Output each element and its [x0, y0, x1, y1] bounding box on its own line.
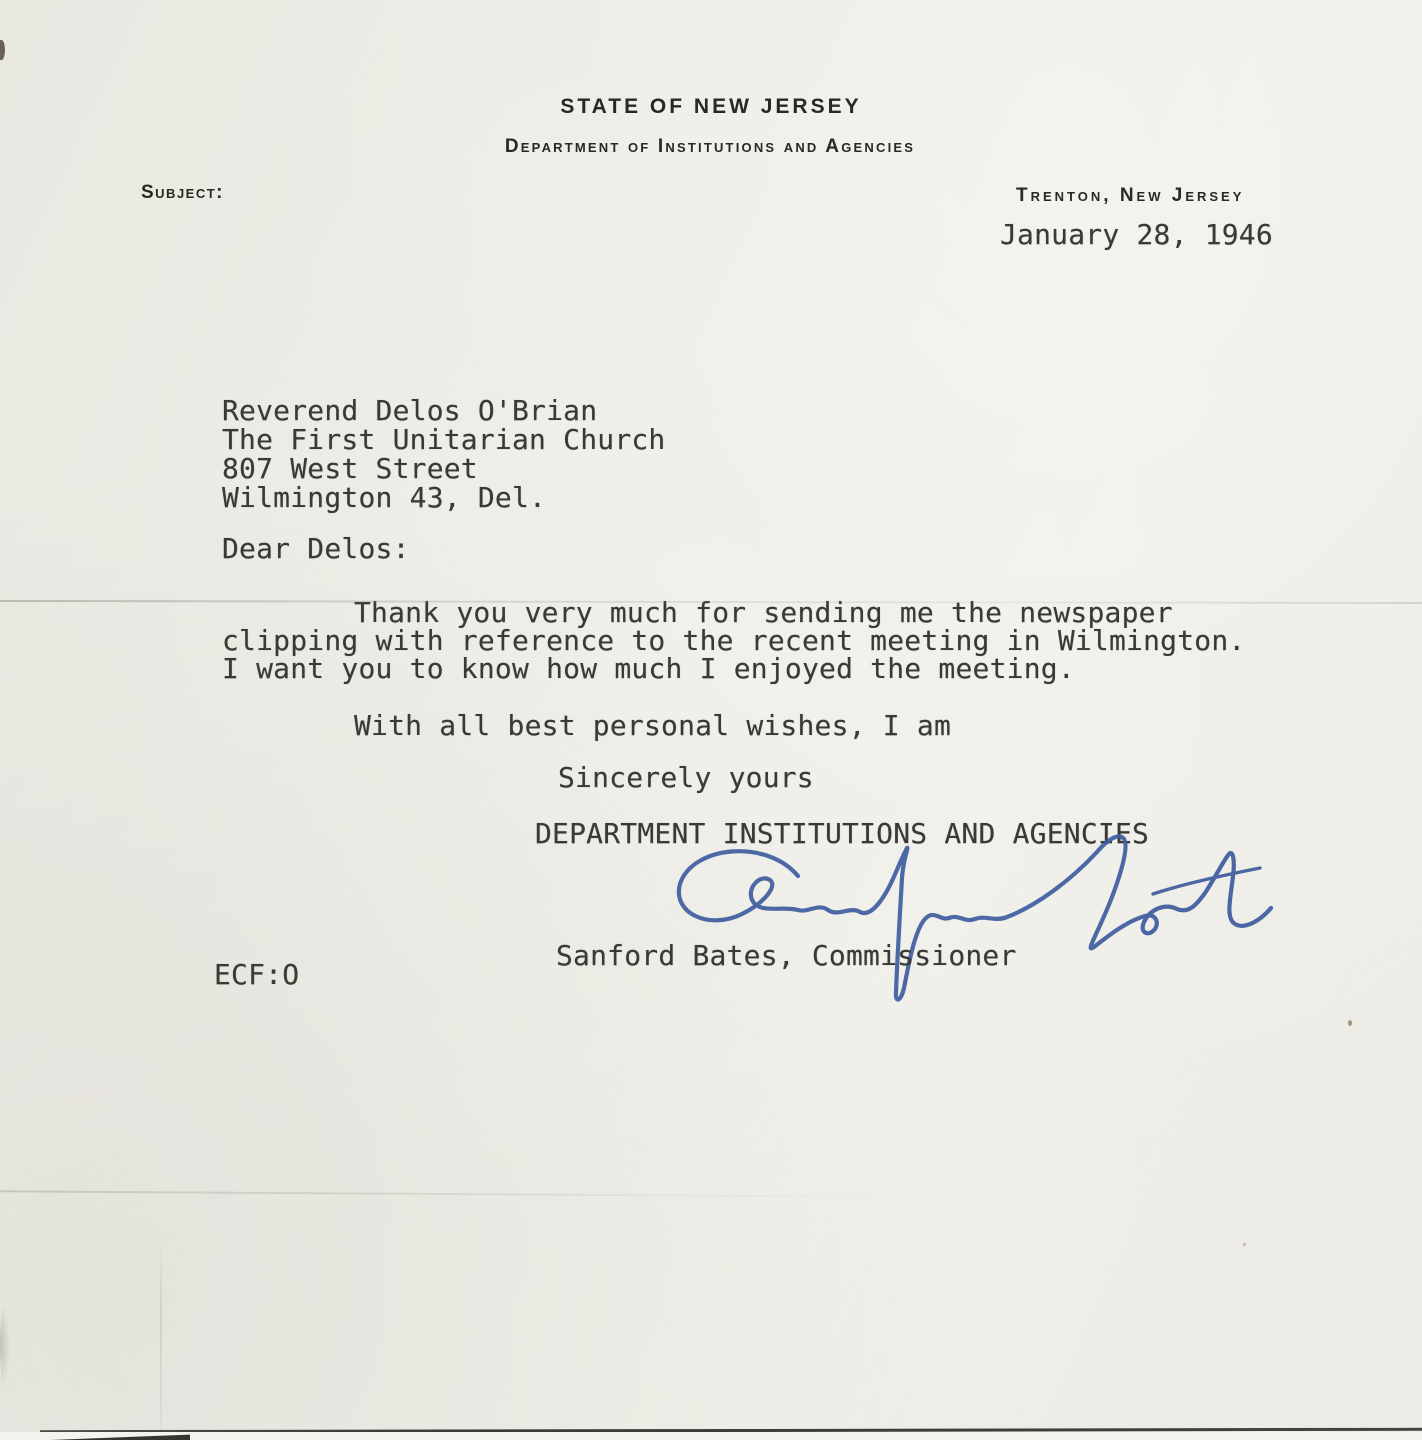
body-line-1: Thank you very much for sending me the n… [354, 598, 1173, 627]
paper-speck-lower [1243, 1243, 1246, 1246]
signed-by-line: Sanford Bates, Commissioner [556, 941, 1017, 970]
bottom-left-corner-shadow [50, 1428, 190, 1440]
recipient-organization: The First Unitarian Church [222, 425, 666, 454]
body-line-2: clipping with reference to the recent me… [222, 626, 1245, 655]
recipient-city: Wilmington 43, Del. [222, 483, 546, 512]
left-edge-mark [0, 40, 5, 60]
signature-sanford-bates [648, 826, 1290, 1022]
letter-page: STATE OF NEW JERSEY Department of Instit… [0, 0, 1422, 1440]
salutation: Dear Delos: [222, 534, 410, 563]
reference-initials: ECF:O [214, 960, 299, 989]
body-line-3: I want you to know how much I enjoyed th… [222, 654, 1075, 683]
letterhead-city-line: Trenton, New Jersey [1016, 186, 1244, 205]
subject-label: Subject: [141, 183, 224, 202]
left-edge-shadow [0, 1300, 10, 1390]
bottom-background-strip [0, 1432, 1422, 1440]
letterhead-department-name: Department of Institutions and Agencies [0, 137, 1420, 156]
bottom-paper-edge [40, 1428, 1422, 1433]
recipient-street: 807 West Street [222, 454, 478, 483]
body-paragraph-2: With all best personal wishes, I am [354, 711, 951, 740]
paper-speck-right [1348, 1020, 1352, 1026]
closing-line: Sincerely yours [558, 763, 814, 792]
fold-crease-lower [0, 1190, 880, 1197]
letterhead-state-name: STATE OF NEW JERSEY [0, 96, 1422, 117]
crease-vertical-bottom [160, 1235, 162, 1435]
date-line: January 28, 1946 [1000, 220, 1273, 249]
recipient-name: Reverend Delos O'Brian [222, 396, 597, 425]
